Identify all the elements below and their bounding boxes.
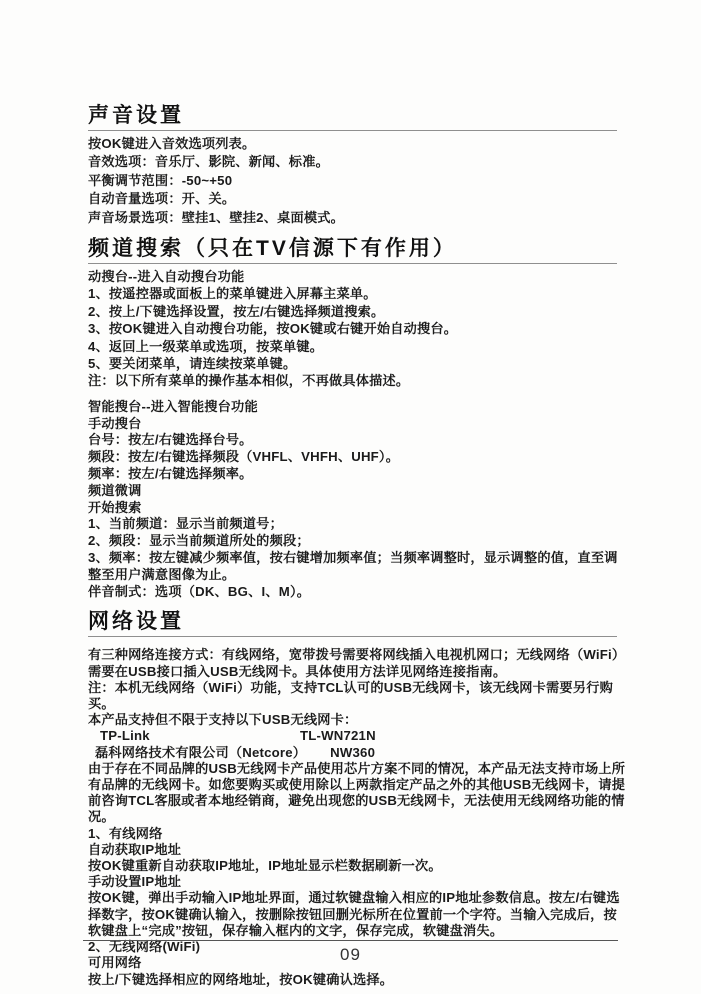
section-sound-body: 按OK键进入音效选项列表。 音效选项：音乐厅、影院、新闻、标准。 平衡调节范围：…	[88, 131, 628, 227]
section-network: 网络设置 有三种网络连接方式：有线网络，宽带拨号需要将网线插入电视机网口；无线网…	[88, 610, 628, 987]
wireless-network-line: 按上/下键选择相应的网络地址，按OK键确认选择。	[88, 972, 628, 988]
auto-search-line: 5、要关闭菜单，请连续按菜单键。	[88, 355, 628, 372]
auto-search-line: 注：以下所有菜单的操作基本相似，不再做具体描述。	[88, 372, 628, 389]
page-footer: 09	[83, 940, 618, 965]
wifi-card-brand: 磊科网络技术有限公司（Netcore）	[88, 745, 306, 761]
sound-line: 声音场景选项：壁挂1、壁挂2、桌面模式。	[88, 209, 628, 227]
smart-search-line: 开始搜索	[88, 500, 628, 517]
auto-search-line: 2、按上/下键选择设置，按左/右键选择频道搜索。	[88, 303, 628, 320]
smart-search-line: 伴音制式：选项（DK、BG、I、M）。	[88, 584, 628, 601]
wifi-card-brand: TP-Link	[88, 728, 300, 744]
wifi-card-row: 磊科网络技术有限公司（Netcore） NW360	[88, 745, 628, 761]
page-number: 09	[83, 941, 618, 965]
section-network-title: 网络设置	[88, 610, 617, 637]
sound-line: 平衡调节范围：-50~+50	[88, 172, 628, 190]
network-intro-line: 有三种网络连接方式：有线网络，宽带拨号需要将网线插入电视机网口；无线网络（WiF…	[88, 647, 628, 679]
network-notice: 由于存在不同品牌的USB无线网卡产品使用芯片方案不同的情况，本产品无法支持市场上…	[88, 761, 628, 826]
auto-search-block: 动搜台--进入自动搜台功能 1、按遥控器或面板上的菜单键进入屏幕主菜单。 2、按…	[88, 264, 628, 390]
smart-search-line: 2、频段：显示当前频道所处的频段；	[88, 533, 628, 550]
smart-search-line: 频道微调	[88, 483, 628, 500]
smart-search-line: 3、频率：按左键减少频率值，按右键增加频率值；当频率调整时，显示调整的值，直至调…	[88, 550, 628, 584]
smart-search-line: 手动搜台	[88, 416, 628, 433]
wired-network-line: 1、有线网络	[88, 826, 628, 842]
manual-page: 声音设置 按OK键进入音效选项列表。 音效选项：音乐厅、影院、新闻、标准。 平衡…	[0, 0, 701, 994]
wifi-card-model: TL-WN721N	[300, 728, 376, 744]
wifi-card-model: NW360	[330, 745, 375, 761]
page-content: 声音设置 按OK键进入音效选项列表。 音效选项：音乐厅、影院、新闻、标准。 平衡…	[88, 0, 628, 988]
smart-search-line: 1、当前频道：显示当前频道号；	[88, 516, 628, 533]
sound-line: 音效选项：音乐厅、影院、新闻、标准。	[88, 153, 628, 171]
smart-search-line: 智能搜台--进入智能搜台功能	[88, 399, 628, 416]
section-sound-title: 声音设置	[88, 104, 617, 131]
wired-network-line: 按OK键，弹出手动输入IP地址界面，通过软键盘输入相应的IP地址参数信息。按左/…	[88, 890, 628, 939]
network-intro-line: 注：本机无线网络（WiFi）功能，支持TCL认可的USB无线网卡，该无线网卡需要…	[88, 680, 628, 712]
sound-line: 自动音量选项：开、关。	[88, 190, 628, 208]
wifi-card-row: TP-Link TL-WN721N	[88, 728, 628, 744]
network-intro-line: 本产品支持但不限于支持以下USB无线网卡：	[88, 712, 628, 728]
smart-search-line: 频率：按左/右键选择频率。	[88, 466, 628, 483]
auto-search-line: 1、按遥控器或面板上的菜单键进入屏幕主菜单。	[88, 285, 628, 302]
smart-search-line: 频段：按左/右键选择频段（VHFL、VHFH、UHF）。	[88, 449, 628, 466]
auto-search-line: 3、按OK键进入自动搜台功能，按OK键或右键开始自动搜台。	[88, 320, 628, 337]
smart-search-line: 台号：按左/右键选择台号。	[88, 432, 628, 449]
section-sound: 声音设置 按OK键进入音效选项列表。 音效选项：音乐厅、影院、新闻、标准。 平衡…	[88, 104, 628, 227]
smart-search-block: 智能搜台--进入智能搜台功能 手动搜台 台号：按左/右键选择台号。 频段：按左/…	[88, 390, 628, 601]
wired-network-line: 按OK键重新自动获取IP地址，IP地址显示栏数据刷新一次。	[88, 858, 628, 874]
wired-network-line: 手动设置IP地址	[88, 874, 628, 890]
wired-network-line: 自动获取IP地址	[88, 842, 628, 858]
section-channel-search: 频道搜索（只在TV信源下有作用） 动搜台--进入自动搜台功能 1、按遥控器或面板…	[88, 237, 628, 600]
auto-search-line: 4、返回上一级菜单或选项，按菜单键。	[88, 338, 628, 355]
network-body: 有三种网络连接方式：有线网络，宽带拨号需要将网线插入电视机网口；无线网络（WiF…	[88, 637, 628, 987]
section-channel-title: 频道搜索（只在TV信源下有作用）	[88, 237, 617, 264]
auto-search-line: 动搜台--进入自动搜台功能	[88, 268, 628, 285]
sound-line: 按OK键进入音效选项列表。	[88, 135, 628, 153]
